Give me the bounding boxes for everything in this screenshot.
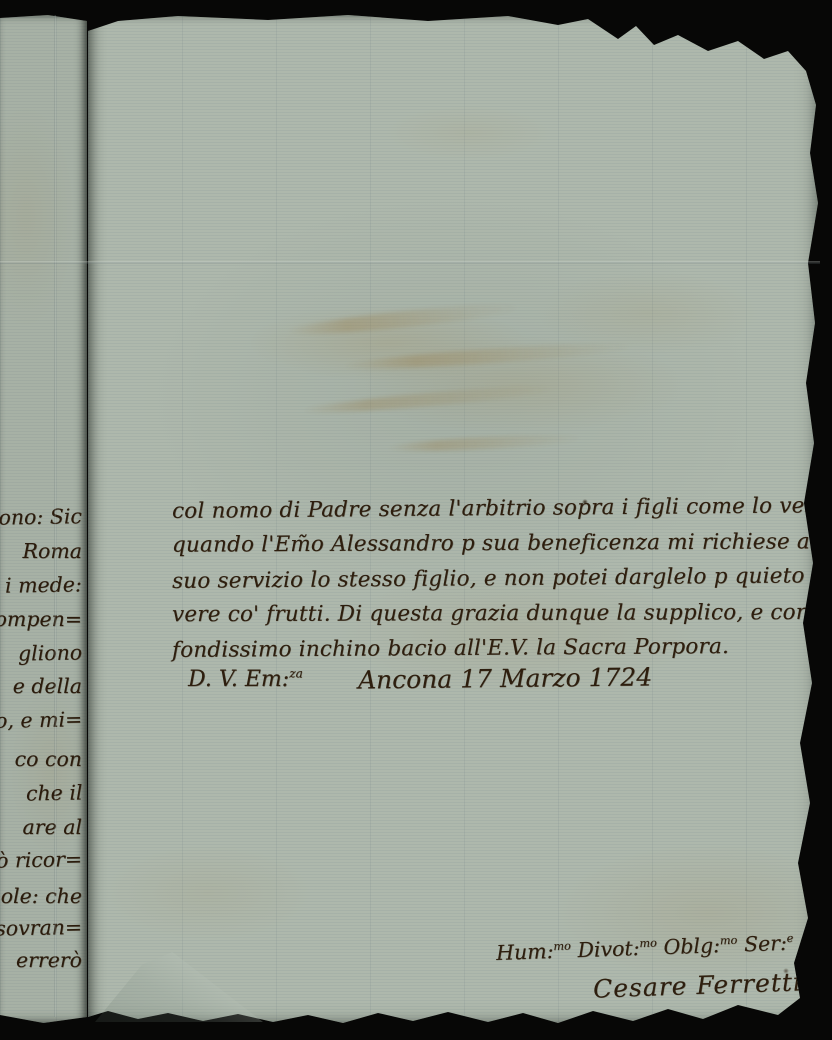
signature: Cesare Ferretti — [593, 967, 803, 1003]
margin-fragment: are al — [23, 815, 82, 839]
margin-fragment: gliono — [18, 640, 83, 665]
letter-body-line: fondissimo inchino bacio all'E.V. la Sac… — [172, 634, 729, 663]
manuscript-scan: cono: Sic Roma i mede: recompen= gliono … — [0, 0, 832, 1040]
margin-fragment: le sovran= — [0, 915, 82, 941]
margin-fragment: recompen= — [0, 607, 82, 631]
margin-fragment: ciò ricor= — [0, 847, 82, 873]
margin-fragment: Roma — [23, 539, 82, 563]
closing-formula: Hum:mo Divot:mo Oblg:mo Ser:e u:o e leg:… — [496, 927, 832, 965]
margin-fragment: o, e mi= — [0, 707, 82, 733]
margin-fragment: cono: Sic — [0, 504, 82, 530]
manuscript-page: col nomo di Padre senza l'arbitrio sopra… — [88, 13, 818, 1025]
fold-crease-horizontal — [0, 261, 820, 264]
valediction: D. V. Em:za — [188, 667, 303, 692]
facing-page-edge: cono: Sic Roma i mede: recompen= gliono … — [0, 15, 87, 1023]
letter-body-line: suo servizio lo stesso figlio, e non pot… — [172, 563, 832, 594]
ink-bleedthrough — [300, 382, 560, 418]
ink-bleedthrough — [286, 299, 526, 340]
margin-fragment: i mede: — [5, 572, 82, 597]
ink-bleedthrough — [340, 339, 640, 374]
fold-crease-vertical — [54, 15, 56, 1017]
letter-body-line: quando l'Em̃o Alessandro p sua beneficen… — [172, 529, 817, 557]
letter-body-line: vere co' frutti. Di questa grazia dunque… — [172, 600, 832, 627]
letter-body-line: col nomo di Padre senza l'arbitrio sopra… — [172, 493, 832, 524]
margin-fragment: errerò — [16, 948, 82, 972]
margin-fragment: co con — [15, 747, 82, 771]
margin-fragment: e della — [13, 674, 82, 698]
dateline: Ancona 17 Marzo 1724 — [358, 662, 652, 694]
margin-fragment: ole: che — [1, 884, 82, 908]
ink-bleedthrough — [386, 432, 586, 454]
